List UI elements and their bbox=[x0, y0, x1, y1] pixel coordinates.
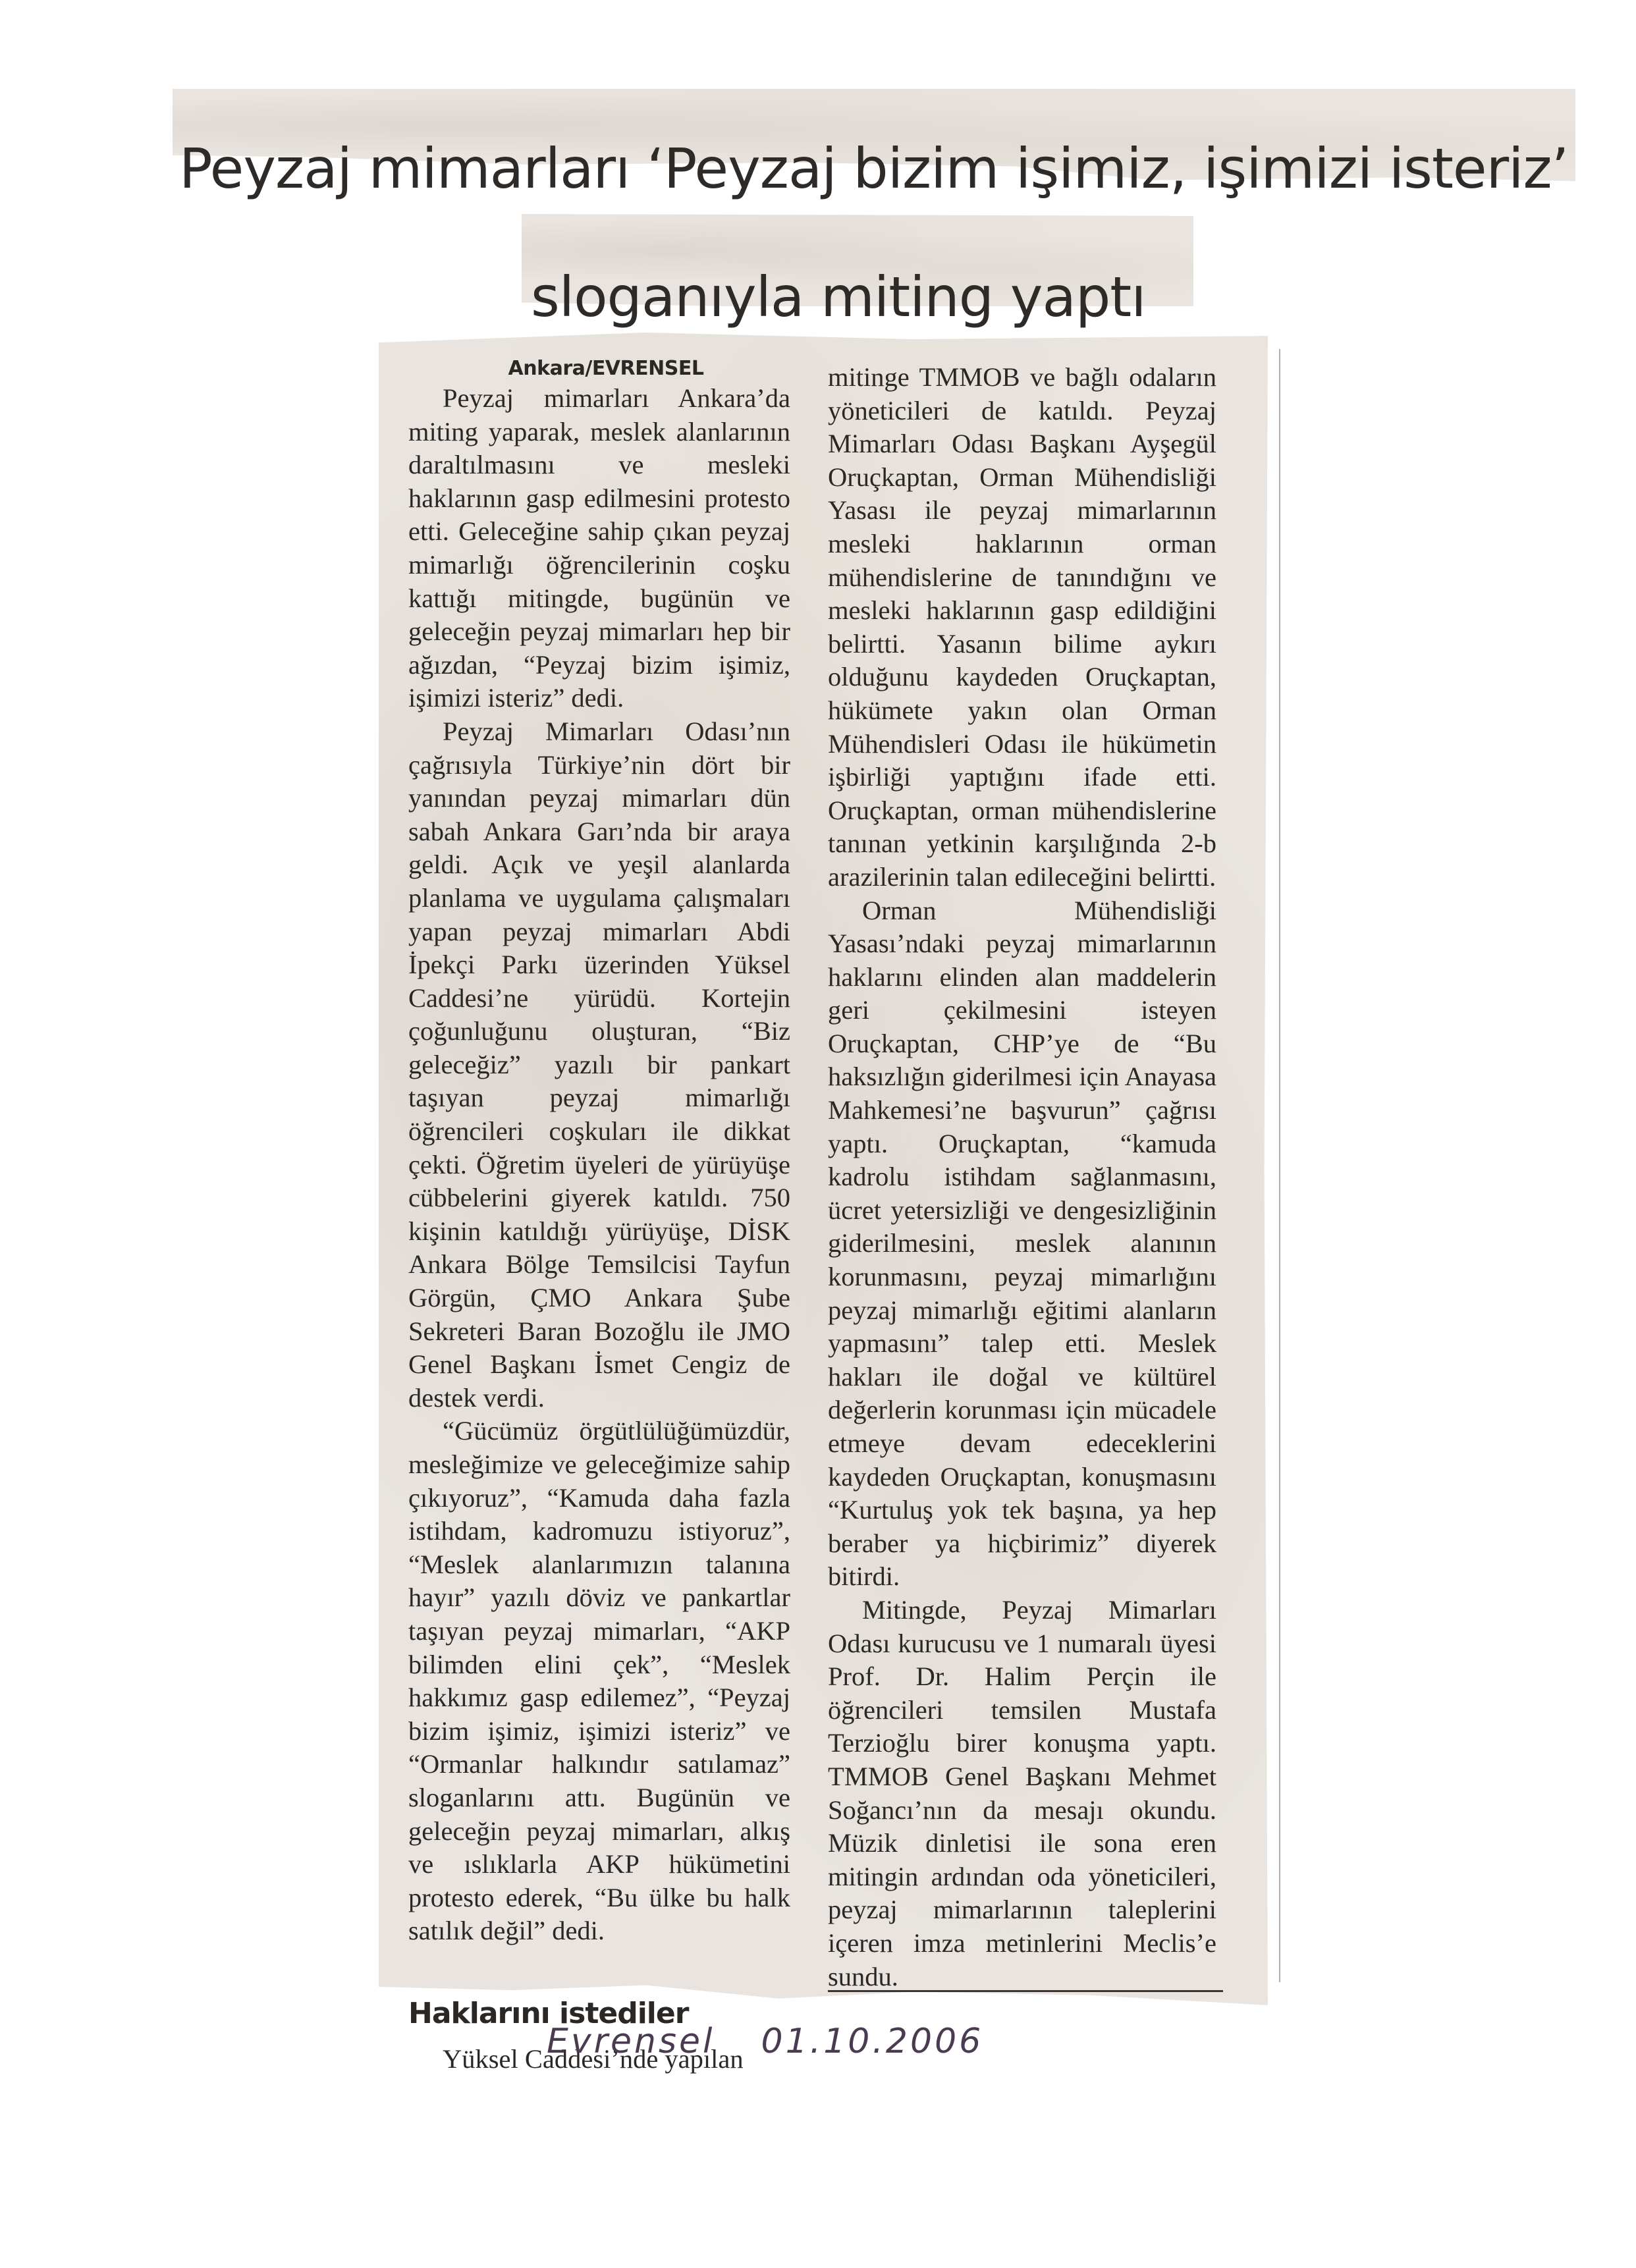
handwritten-annotation: Evrensel01.10.2006 bbox=[547, 2022, 1029, 2061]
headline-line-1: Peyzaj mimarları ‘Peyzaj bizim işimiz, i… bbox=[179, 126, 1568, 211]
article-paragraph: Peyzaj Mimarları Odası’nın çağrısıyla Tü… bbox=[408, 715, 790, 1415]
handwritten-date: 01.10.2006 bbox=[761, 2022, 984, 2061]
article-paragraph: Orman Mühendisliği Yasası’ndaki peyzaj m… bbox=[828, 894, 1216, 1594]
dateline: Ankara/EVRENSEL bbox=[408, 356, 790, 382]
article-end-rule bbox=[828, 1990, 1223, 1992]
column-edge-rule bbox=[1279, 349, 1280, 1982]
article-paragraph: Mitingde, Peyzaj Mimarları Odası kurucus… bbox=[828, 1594, 1216, 1993]
headline-line-2: sloganıyla miting yaptı bbox=[531, 254, 1146, 340]
article-column-left: Ankara/EVRENSEL Peyzaj mimarları Ankara’… bbox=[408, 356, 790, 2076]
article-paragraph: Peyzaj mimarları Ankara’da miting yapara… bbox=[408, 382, 790, 715]
article-column-right: mitinge TMMOB ve bağlı odaların yönetici… bbox=[828, 361, 1216, 1993]
handwritten-source: Evrensel bbox=[547, 2022, 715, 2061]
article-paragraph: mitinge TMMOB ve bağlı odaların yönetici… bbox=[828, 361, 1216, 894]
article-paragraph: “Gücümüz örgütlülüğümüzdür, mesleğimize … bbox=[408, 1415, 790, 1948]
